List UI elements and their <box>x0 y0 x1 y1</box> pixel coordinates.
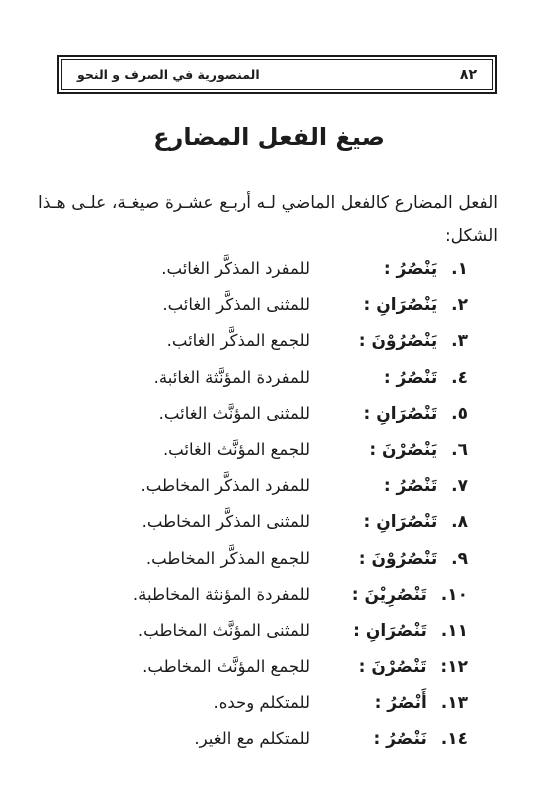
form-verb: يَنْصُرَانِ : <box>364 295 438 315</box>
form-verb: تَنْصُرُ : <box>384 368 437 388</box>
form-lead: ٨. تَنْصُرَانِ : <box>310 512 468 532</box>
form-lead: ١٠. تَنْصُرِيْنَ : <box>310 585 468 605</box>
form-lead: ٧. تَنْصُرُ : <box>310 476 468 496</box>
form-lead: ٩. تَنْصُرُوْنَ : <box>310 549 468 569</box>
page-content: الفعل المضارع كالفعل الماضي لـه أربـع عش… <box>38 187 498 766</box>
form-row: ٣. يَنْصُرُوْنَ : للجمع المذكَّر الغائب. <box>38 331 468 367</box>
form-lead: ١٢: تَنْصُرْنَ : <box>310 657 468 677</box>
form-number: ٨. <box>451 512 468 532</box>
form-row: ٤. تَنْصُرُ : للمفردة المؤنَّثة الغائبة. <box>38 368 468 404</box>
form-number: ١٤. <box>441 729 468 749</box>
section-title: صيغ الفعل المضارع <box>0 123 538 151</box>
form-row: ١. يَنْصُرُ : للمفرد المذكَّر الغائب. <box>38 259 468 295</box>
form-number: ١٢: <box>440 657 468 677</box>
header-inner: ٨٢ المنصورية في الصرف و النحو <box>61 59 493 90</box>
form-verb: يَنْصُرُوْنَ : <box>359 331 437 351</box>
form-description: للمثنى المذكَّر المخاطب. <box>142 512 310 531</box>
form-verb: يَنْصُرْنَ : <box>369 440 437 460</box>
page-number: ٨٢ <box>460 67 477 83</box>
book-title: المنصورية في الصرف و النحو <box>77 67 260 82</box>
form-description: للمتكلم وحده. <box>213 693 310 712</box>
form-row: ١١. تَنْصُرَانِ : للمثنى المؤنَّث المخاط… <box>38 621 468 657</box>
form-lead: ١١. تَنْصُرَانِ : <box>310 621 468 641</box>
form-lead: ٥. تَنْصُرَانِ : <box>310 404 468 424</box>
form-row: ٦. يَنْصُرْنَ : للجمع المؤنَّث الغائب. <box>38 440 468 476</box>
intro-paragraph-line1: الفعل المضارع كالفعل الماضي لـه أربـع عش… <box>38 187 498 220</box>
form-number: ١. <box>451 259 468 279</box>
form-number: ٦. <box>451 440 468 460</box>
form-verb: تَنْصُرَانِ : <box>364 512 438 532</box>
form-verb: تَنْصُرَانِ : <box>353 621 427 641</box>
form-verb: يَنْصُرُ : <box>384 259 437 279</box>
header-frame: ٨٢ المنصورية في الصرف و النحو <box>57 55 497 94</box>
form-number: ١٠. <box>441 585 468 605</box>
form-row: ١٤. نَنْصُرُ : للمتكلم مع الغير. <box>38 729 468 765</box>
form-description: للجمع المذكَّر الغائب. <box>167 331 310 350</box>
form-lead: ٣. يَنْصُرُوْنَ : <box>310 331 468 351</box>
form-row: ٨. تَنْصُرَانِ : للمثنى المذكَّر المخاطب… <box>38 512 468 548</box>
form-description: للمفرد المذكَّر الغائب. <box>161 259 310 278</box>
verb-forms-list: ١. يَنْصُرُ : للمفرد المذكَّر الغائب. ٢.… <box>38 259 468 766</box>
form-verb: تَنْصُرُ : <box>384 476 437 496</box>
book-page: ٨٢ المنصورية في الصرف و النحو صيغ الفعل … <box>0 0 538 792</box>
intro-paragraph-line2: الشكل: <box>38 220 498 253</box>
form-lead: ١٤. نَنْصُرُ : <box>310 729 468 749</box>
form-lead: ١. يَنْصُرُ : <box>310 259 468 279</box>
form-verb: تَنْصُرِيْنَ : <box>352 585 427 605</box>
form-description: للجمع المؤنَّث الغائب. <box>163 440 310 459</box>
form-number: ١٣. <box>441 693 468 713</box>
form-verb: نَنْصُرُ : <box>373 729 426 749</box>
form-verb: تَنْصُرَانِ : <box>364 404 438 424</box>
form-lead: ٢. يَنْصُرَانِ : <box>310 295 468 315</box>
form-number: ٥. <box>451 404 468 424</box>
form-description: للجمع المذكَّر المخاطب. <box>146 549 310 568</box>
form-description: للمفردة المؤنثة المخاطبة. <box>133 585 310 604</box>
form-lead: ٤. تَنْصُرُ : <box>310 368 468 388</box>
form-number: ٤. <box>451 368 468 388</box>
form-description: للمفردة المؤنَّثة الغائبة. <box>154 368 310 387</box>
form-description: للمتكلم مع الغير. <box>194 729 310 748</box>
form-verb: تَنْصُرُوْنَ : <box>359 549 437 569</box>
form-description: للمثنى المذكَّر الغائب. <box>162 295 310 314</box>
form-description: للمثنى المؤنَّث الغائب. <box>159 404 310 423</box>
form-lead: ١٣. أَنْصُرُ : <box>310 693 468 713</box>
form-number: ١١. <box>441 621 468 641</box>
form-number: ٩. <box>451 549 468 569</box>
form-row: ١٠. تَنْصُرِيْنَ : للمفردة المؤنثة المخا… <box>38 585 468 621</box>
form-verb: أَنْصُرُ : <box>375 693 427 713</box>
form-description: للمفرد المذكَّر المخاطب. <box>141 476 311 495</box>
form-number: ٣. <box>451 331 468 351</box>
form-number: ٢. <box>451 295 468 315</box>
form-number: ٧. <box>451 476 468 496</box>
form-row: ١٣. أَنْصُرُ : للمتكلم وحده. <box>38 693 468 729</box>
form-lead: ٦. يَنْصُرْنَ : <box>310 440 468 460</box>
form-row: ٥. تَنْصُرَانِ : للمثنى المؤنَّث الغائب. <box>38 404 468 440</box>
form-description: للمثنى المؤنَّث المخاطب. <box>138 621 310 640</box>
form-row: ٧. تَنْصُرُ : للمفرد المذكَّر المخاطب. <box>38 476 468 512</box>
form-row: ١٢: تَنْصُرْنَ : للجمع المؤنَّث المخاطب. <box>38 657 468 693</box>
form-description: للجمع المؤنَّث المخاطب. <box>142 657 310 676</box>
form-row: ٩. تَنْصُرُوْنَ : للجمع المذكَّر المخاطب… <box>38 549 468 585</box>
form-row: ٢. يَنْصُرَانِ : للمثنى المذكَّر الغائب. <box>38 295 468 331</box>
form-verb: تَنْصُرْنَ : <box>359 657 427 677</box>
